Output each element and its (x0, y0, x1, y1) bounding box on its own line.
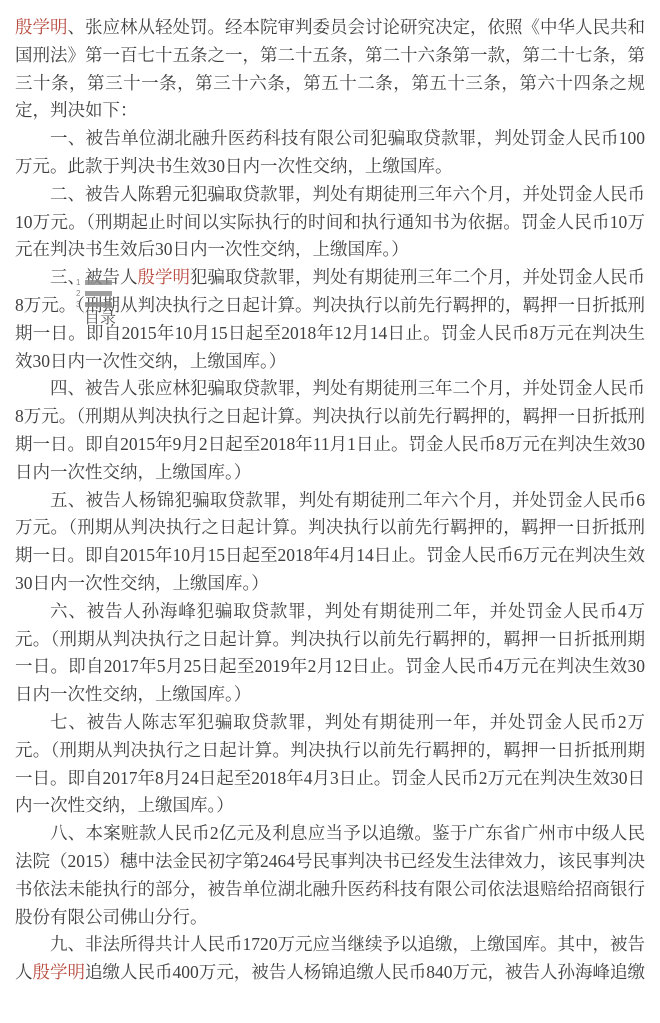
toc-icon-row: 1 (76, 280, 120, 285)
judgment-paragraph: 五、被告人杨锦犯骗取贷款罪，判处有期徒刑二年六个月，并处罚金人民币6万元。（刑期… (15, 487, 645, 598)
toc-icon-row: 2 (76, 291, 120, 296)
judgment-text: 殷学明、张应林从轻处罚。经本院审判委员会讨论研究决定，依照《中华人民共和国刑法》… (15, 0, 645, 987)
toc-icon-number: 2 (76, 291, 82, 296)
judgment-paragraph: 九、非法所得共计人民币1720万元应当继续予以追缴，上缴国库。其中，被告人殷学明… (15, 931, 645, 987)
text-segment: 五、被告人杨锦犯骗取贷款罪，判处有期徒刑二年六个月，并处罚金人民币6万元。（刑期… (15, 490, 645, 593)
numbered-list-icon: 1 2 3 (76, 280, 120, 307)
judgment-paragraph: 二、被告人陈碧元犯骗取贷款罪，判处有期徒刑三年六个月，并处罚金人民币10万元。（… (15, 181, 645, 264)
text-segment: 六、被告人孙海峰犯骗取贷款罪，判处有期徒刑二年，并处罚金人民币4万元。（刑期从判… (15, 601, 645, 704)
judgment-paragraph: 七、被告人陈志军犯骗取贷款罪，判处有期徒刑一年，并处罚金人民币2万元。（刑期从判… (15, 709, 645, 820)
toc-button-label: 目录 (84, 310, 120, 328)
toc-icon-bar (85, 280, 112, 285)
judgment-paragraph: 一、被告单位湖北融升医药科技有限公司犯骗取贷款罪，判处罚金人民币100万元。此款… (15, 125, 645, 181)
toc-icon-row: 3 (76, 302, 120, 307)
highlighted-name: 殷学明 (33, 962, 86, 982)
judgment-paragraph: 六、被告人孙海峰犯骗取贷款罪，判处有期徒刑二年，并处罚金人民币4万元。（刑期从判… (15, 598, 645, 709)
text-segment: 四、被告人张应林犯骗取贷款罪，判处有期徒刑三年二个月，并处罚金人民币8万元。（刑… (15, 378, 645, 481)
toc-icon-number: 3 (76, 302, 82, 307)
toc-icon-number: 1 (76, 280, 82, 285)
judgment-paragraph: 八、本案赃款人民币2亿元及利息应当予以追缴。鉴于广东省广州市中级人民法院（201… (15, 820, 645, 931)
text-segment: 一、被告单位湖北融升医药科技有限公司犯骗取贷款罪，判处罚金人民币100万元。此款… (15, 128, 645, 176)
highlighted-name: 殷学明 (138, 267, 191, 287)
toc-icon-bar (85, 291, 112, 296)
text-segment: 七、被告人陈志军犯骗取贷款罪，判处有期徒刑一年，并处罚金人民币2万元。（刑期从判… (15, 712, 645, 815)
toc-icon-bar (85, 302, 112, 307)
judgment-paragraph: 四、被告人张应林犯骗取贷款罪，判处有期徒刑三年二个月，并处罚金人民币8万元。（刑… (15, 375, 645, 486)
text-segment: 追缴人民币400万元，被告人杨锦追缴人民币840万元，被告人孙海峰追缴 (85, 962, 645, 982)
toc-button[interactable]: 1 2 3 目录 (76, 280, 120, 328)
judgment-paragraph: 殷学明、张应林从轻处罚。经本院审判委员会讨论研究决定，依照《中华人民共和国刑法》… (15, 14, 645, 125)
text-segment: 二、被告人陈碧元犯骗取贷款罪，判处有期徒刑三年六个月，并处罚金人民币10万元。（… (15, 184, 645, 260)
highlighted-name: 殷学明 (15, 17, 68, 37)
document-page: 殷学明、张应林从轻处罚。经本院审判委员会讨论研究决定，依照《中华人民共和国刑法》… (0, 0, 660, 1023)
text-segment: 八、本案赃款人民币2亿元及利息应当予以追缴。鉴于广东省广州市中级人民法院（201… (15, 823, 645, 926)
text-segment: 、张应林从轻处罚。经本院审判委员会讨论研究决定，依照《中华人民共和国刑法》第一百… (15, 17, 645, 120)
